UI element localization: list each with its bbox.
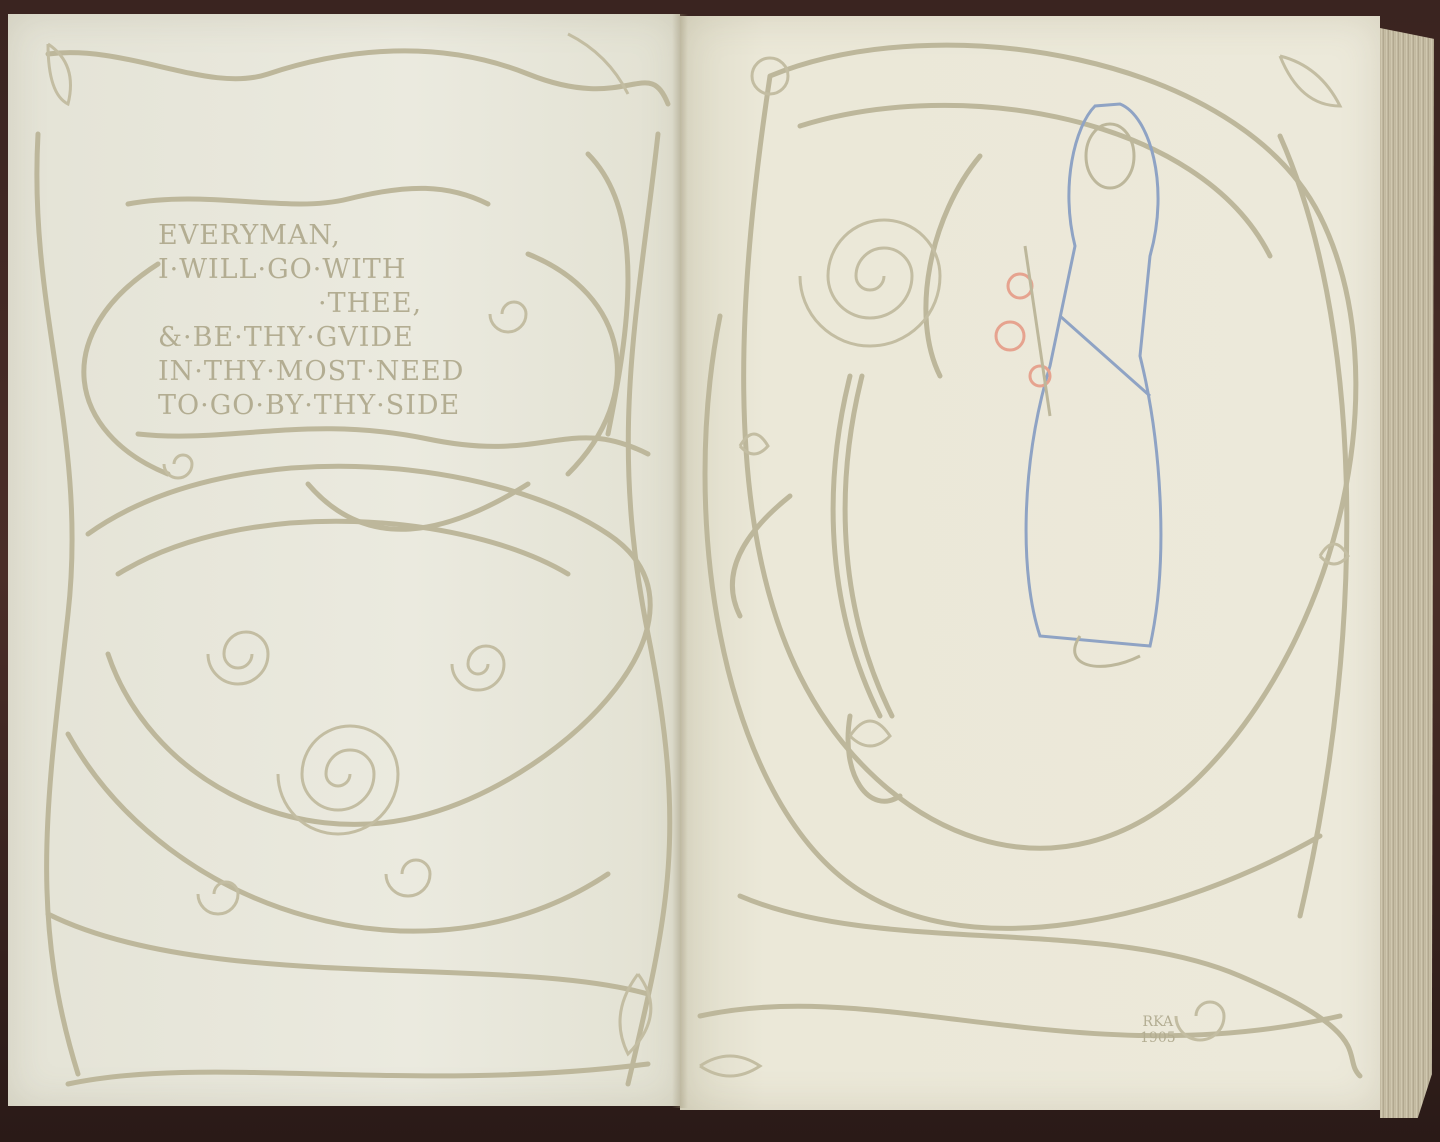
- quote-line-4: &·BE·THY·GVIDE: [158, 321, 518, 355]
- quote-line-2: I·WILL·GO·WITH: [158, 253, 518, 287]
- quote-line-6: TO·GO·BY·THY·SIDE: [158, 389, 518, 423]
- book-gutter: [672, 14, 688, 1108]
- quote-line-1: EVERYMAN,: [158, 219, 518, 253]
- quote-line-5: IN·THY·MOST·NEED: [158, 355, 518, 389]
- madonna-figure: [996, 104, 1161, 666]
- endpaper-quotation: EVERYMAN, I·WILL·GO·WITH ·THEE, &·BE·THY…: [158, 219, 518, 423]
- artist-monogram: RKA 1905: [1140, 1014, 1176, 1046]
- monogram-year: 1905: [1140, 1030, 1176, 1046]
- right-endpaper: L. J. Belloc L. J. Belloc Ladycross Seaf…: [680, 16, 1380, 1110]
- left-vine-ornament: [8, 14, 680, 1106]
- quote-line-3: ·THEE,: [158, 287, 518, 321]
- monogram-initials: RKA: [1140, 1014, 1176, 1030]
- left-endpaper: EVERYMAN, I·WILL·GO·WITH ·THEE, &·BE·THY…: [8, 14, 680, 1106]
- right-vine-ornament: [680, 16, 1380, 1110]
- page-block-fore-edge: [1380, 28, 1434, 1118]
